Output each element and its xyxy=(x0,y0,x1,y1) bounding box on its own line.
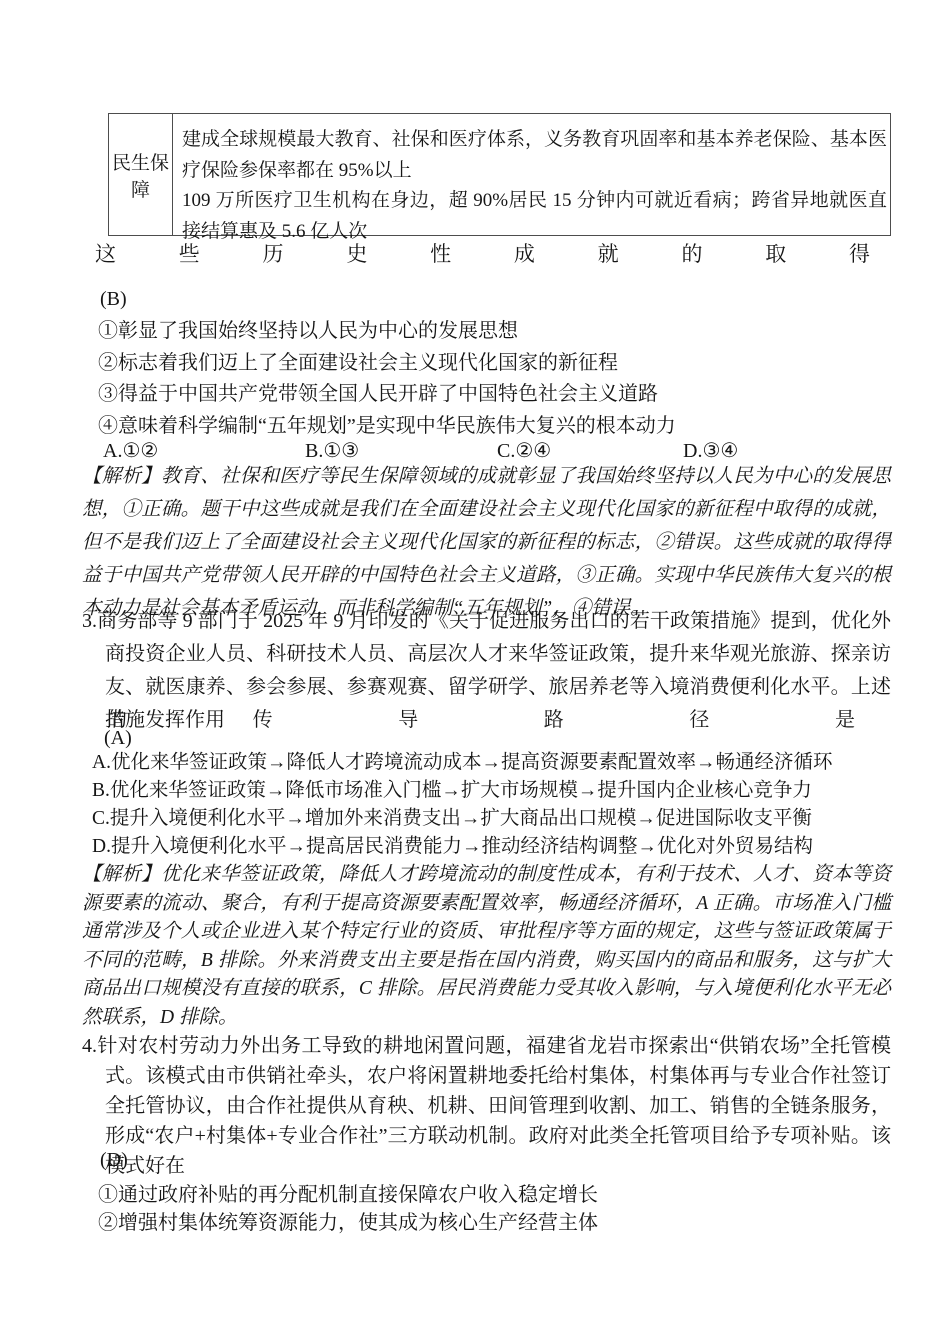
q2-statements: ①彰显了我国始终坚持以人民为中心的发展思想 ②标志着我们迈上了全面建设社会主义现… xyxy=(98,316,676,442)
q3-option-b: B.优化来华签证政策→降低市场准入门槛→扩大市场规模→提升国内企业核心竞争力 xyxy=(92,777,832,805)
q4-statement-1: ①通过政府补贴的再分配机制直接保障农户收入稳定增长 xyxy=(98,1178,598,1207)
q4-statement-2: ②增强村集体统筹资源能力，使其成为核心生产经营主体 xyxy=(98,1206,598,1235)
table-row-label: 民生保障 xyxy=(109,114,173,235)
exam-page: 民生保障 建成全球规模最大教育、社保和医疗体系，义务教育巩固率和基本养老保险、基… xyxy=(0,0,950,1344)
q2-statement-1: ①彰显了我国始终坚持以人民为中心的发展思想 xyxy=(98,316,676,348)
q3-options: A.优化来华签证政策→降低人才跨境流动成本→提高资源要素配置效率→畅通经济循环 … xyxy=(92,749,832,861)
q2-stem-justified-line: 这些历史性成就的取得 xyxy=(95,238,870,268)
q2-statement-2: ②标志着我们迈上了全面建设社会主义现代化国家的新征程 xyxy=(98,348,676,380)
q3-option-c: C.提升入境便利化水平→增加外来消费支出→扩大商品出口规模→促进国际收支平衡 xyxy=(92,805,832,833)
q2-analysis: 【解析】教育、社保和医疗等民生保障领域的成就彰显了我国始终坚持以人民为中心的发展… xyxy=(82,460,891,625)
q3-answer-label: (A) xyxy=(104,727,132,750)
q3-option-a: A.优化来华签证政策→降低人才跨境流动成本→提高资源要素配置效率→畅通经济循环 xyxy=(92,749,832,777)
q4-stem: 4.针对农村劳动力外出务工导致的耕地闲置问题，福建省龙岩市探索出“供销农场”全托… xyxy=(82,1031,891,1181)
q3-analysis: 【解析】优化来华签证政策，降低人才跨境流动的制度性成本，有利于技术、人才、资本等… xyxy=(82,861,891,1033)
q4-answer-label: (D) xyxy=(100,1149,128,1172)
table-paragraph-1: 建成全球规模最大教育、社保和医疗体系，义务教育巩固率和基本养老保险、基本医疗保险… xyxy=(182,125,887,186)
q3-option-d: D.提升入境便利化水平→提高居民消费能力→推动经济结构调整→优化对外贸易结构 xyxy=(92,833,832,861)
q3-stem-justified-line: 的传导路径是 xyxy=(107,703,855,732)
q2-statement-3: ③得益于中国共产党带领全国人民开辟了中国特色社会主义道路 xyxy=(98,379,676,411)
livelihood-table: 民生保障 建成全球规模最大教育、社保和医疗体系，义务教育巩固率和基本养老保险、基… xyxy=(108,113,891,236)
table-content-cell: 建成全球规模最大教育、社保和医疗体系，义务教育巩固率和基本养老保险、基本医疗保险… xyxy=(173,114,890,235)
q2-answer-label: (B) xyxy=(100,288,127,311)
